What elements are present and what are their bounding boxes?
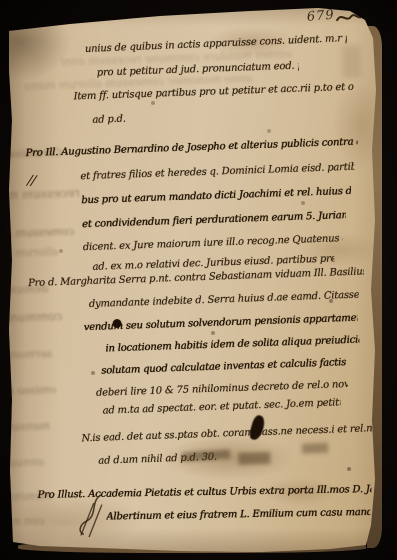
handwritten-line: ad m.ta ad spectat. eor. et putat. sec. … xyxy=(102,396,340,417)
handwritten-line: Albertinum et eius fratrem L. Emilium cu… xyxy=(106,506,370,524)
handwritten-line: et fratres filios et heredes q. Dominici… xyxy=(80,161,354,184)
handwritten-line: unius de quibus in actis apparuisse cons… xyxy=(85,32,347,56)
handwritten-line: in locationem habitis idem de solita ali… xyxy=(105,334,359,356)
handwritten-line: dymandante indebite d. Serra huius d.ae … xyxy=(89,289,359,311)
handwritten-line: vendum seu solutum solvendorum pensionis… xyxy=(83,312,357,335)
page-number: 679 xyxy=(306,8,335,25)
flourish-scribble-icon xyxy=(335,9,372,26)
paragraph-mark: // xyxy=(27,173,36,190)
foxing-specks xyxy=(0,0,2,2)
manuscript-photo: omnes mandare commune recessum anni anno… xyxy=(0,0,397,560)
handwritten-line: Item ff. utrisque partibus pro ut petitu… xyxy=(73,81,353,104)
handwritten-line: dicent. ex Jure maiorum iure ill.o recog… xyxy=(83,232,343,254)
handwritten-line: N.is ead. det aut ss.ptas obt. coram cas… xyxy=(81,422,379,445)
handwritten-line: et condividendum fieri perdurationem ear… xyxy=(82,209,346,231)
manuscript-page: omnes mandare commune recessum anni anno… xyxy=(0,0,397,560)
handwritten-line: bus pro ut earum mandato dicti Joachimi … xyxy=(81,185,351,207)
handwritten-line: solutam quod calculatae inventas et calc… xyxy=(101,356,347,378)
handwritten-line: Pro Ill. Augustino Bernardino de Josepho… xyxy=(25,136,357,161)
ink-smudge xyxy=(238,452,270,465)
handwritten-line: ad p.d. xyxy=(92,112,152,127)
signature-flourish-icon xyxy=(69,490,123,540)
handwritten-line: pro ut petitur ad jud. pronunciatum eod.… xyxy=(97,60,299,80)
ink-smudge xyxy=(302,443,328,454)
handwriting-block: 679 // unius de quibus in actis apparuis… xyxy=(0,0,397,560)
paper-stain xyxy=(342,45,361,78)
